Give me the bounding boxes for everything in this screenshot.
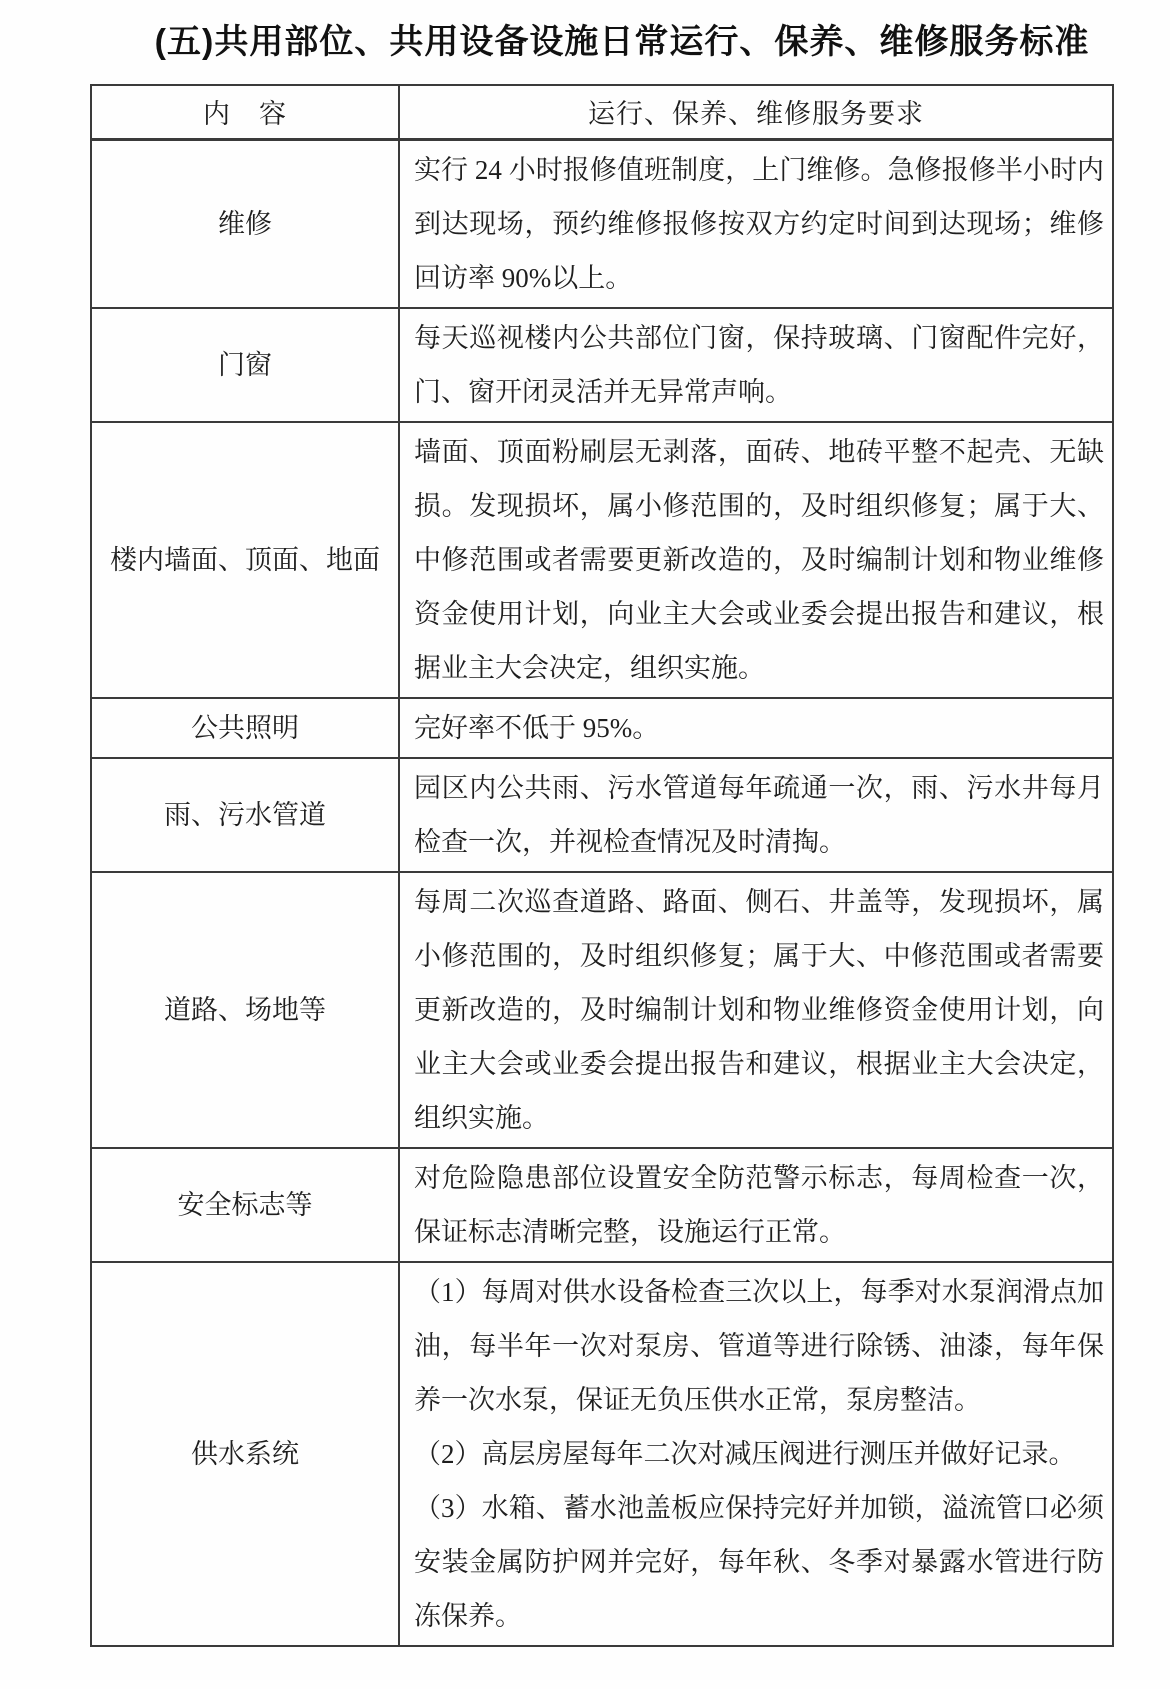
document-page: (五)共用部位、共用设备设施日常运行、保养、维修服务标准 内 容 运行、保养、维…: [0, 0, 1170, 1689]
row-label-walls-ceilings-floors: 楼内墙面、顶面、地面: [91, 422, 399, 698]
column-header-content: 内 容: [91, 85, 399, 139]
column-header-requirements: 运行、保养、维修服务要求: [399, 85, 1113, 139]
row-requirement-repair: 实行 24 小时报修值班制度，上门维修。急修报修半小时内到达现场，预约维修报修按…: [399, 139, 1113, 308]
row-requirement-doors-windows: 每天巡视楼内公共部位门窗，保持玻璃、门窗配件完好，门、窗开闭灵活并无异常声响。: [399, 308, 1113, 422]
requirement-paragraph-1: （1）每周对供水设备检查三次以上，每季对水泵润滑点加油，每半年一次对泵房、管道等…: [414, 1265, 1104, 1427]
row-label-roads-grounds: 道路、场地等: [91, 872, 399, 1148]
row-requirement-public-lighting: 完好率不低于 95%。: [399, 698, 1113, 758]
row-requirement-rain-sewage-pipes: 园区内公共雨、污水管道每年疏通一次，雨、污水井每月检查一次，并视检查情况及时清掏…: [399, 758, 1113, 872]
table-row: 门窗 每天巡视楼内公共部位门窗，保持玻璃、门窗配件完好，门、窗开闭灵活并无异常声…: [91, 308, 1113, 422]
requirement-paragraph-2: （2）高层房屋每年二次对减压阀进行测压并做好记录。: [414, 1427, 1104, 1481]
table-row: 维修 实行 24 小时报修值班制度，上门维修。急修报修半小时内到达现场，预约维修…: [91, 139, 1113, 308]
row-label-safety-signs: 安全标志等: [91, 1148, 399, 1262]
row-requirement-roads-grounds: 每周二次巡查道路、路面、侧石、井盖等，发现损坏，属小修范围的，及时组织修复；属于…: [399, 872, 1113, 1148]
table-row: 公共照明 完好率不低于 95%。: [91, 698, 1113, 758]
table-row: 安全标志等 对危险隐患部位设置安全防范警示标志，每周检查一次，保证标志清晰完整，…: [91, 1148, 1113, 1262]
standards-table: 内 容 运行、保养、维修服务要求 维修 实行 24 小时报修值班制度，上门维修。…: [90, 84, 1114, 1647]
table-row: 道路、场地等 每周二次巡查道路、路面、侧石、井盖等，发现损坏，属小修范围的，及时…: [91, 872, 1113, 1148]
row-requirement-walls-ceilings-floors: 墙面、顶面粉刷层无剥落，面砖、地砖平整不起壳、无缺损。发现损坏，属小修范围的，及…: [399, 422, 1113, 698]
row-label-rain-sewage-pipes: 雨、污水管道: [91, 758, 399, 872]
table-row: 楼内墙面、顶面、地面 墙面、顶面粉刷层无剥落，面砖、地砖平整不起壳、无缺损。发现…: [91, 422, 1113, 698]
row-label-doors-windows: 门窗: [91, 308, 399, 422]
table-row: 雨、污水管道 园区内公共雨、污水管道每年疏通一次，雨、污水井每月检查一次，并视检…: [91, 758, 1113, 872]
table-row: 供水系统 （1）每周对供水设备检查三次以上，每季对水泵润滑点加油，每半年一次对泵…: [91, 1262, 1113, 1646]
row-label-repair: 维修: [91, 139, 399, 308]
requirement-paragraph-3: （3）水箱、蓄水池盖板应保持完好并加锁，溢流管口必须安装金属防护网并完好，每年秋…: [414, 1481, 1104, 1643]
row-requirement-water-supply-system: （1）每周对供水设备检查三次以上，每季对水泵润滑点加油，每半年一次对泵房、管道等…: [399, 1262, 1113, 1646]
row-label-public-lighting: 公共照明: [91, 698, 399, 758]
row-requirement-safety-signs: 对危险隐患部位设置安全防范警示标志，每周检查一次，保证标志清晰完整，设施运行正常…: [399, 1148, 1113, 1262]
header-row: 内 容 运行、保养、维修服务要求: [91, 85, 1113, 139]
row-label-water-supply-system: 供水系统: [91, 1262, 399, 1646]
page-title: (五)共用部位、共用设备设施日常运行、保养、维修服务标准: [132, 20, 1112, 64]
